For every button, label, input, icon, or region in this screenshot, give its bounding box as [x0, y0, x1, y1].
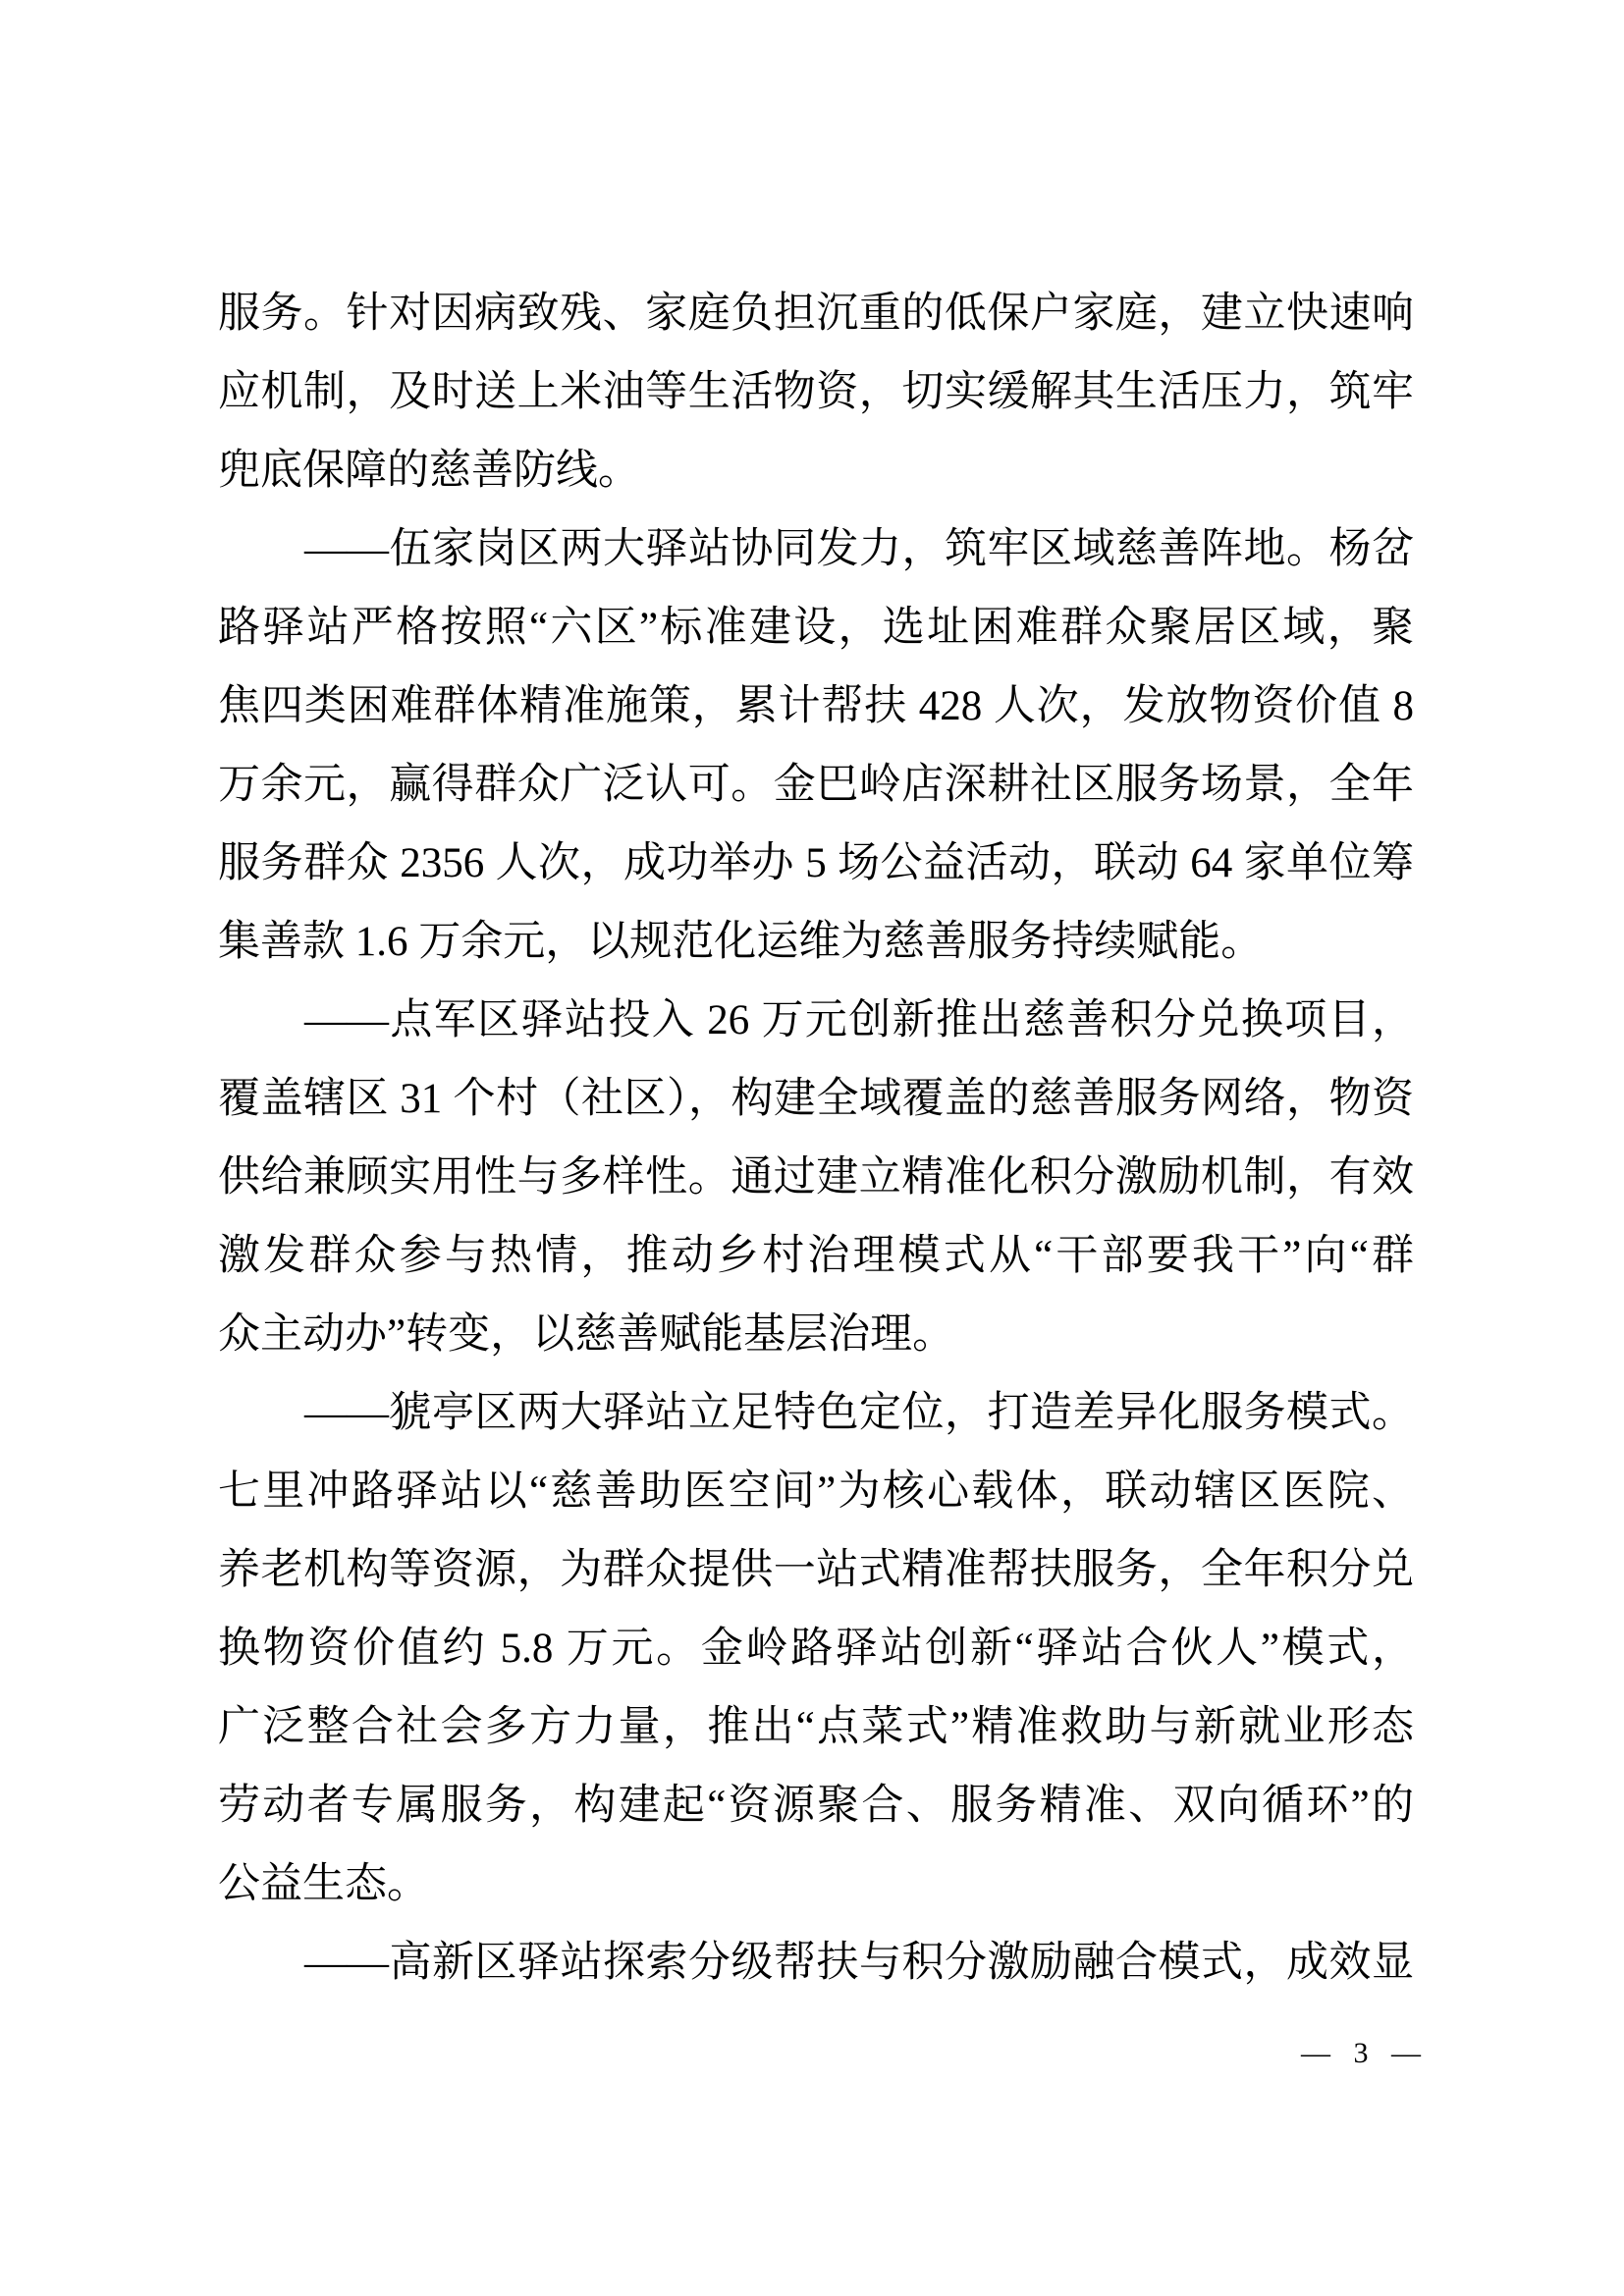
text-line: 七里冲路驿站以“慈善助医空间”为核心载体，联动辖区医院、 [218, 1453, 1414, 1531]
text-line: 众主动办”转变，以慈善赋能基层治理。 [218, 1296, 1414, 1374]
text-line: 供给兼顾实用性与多样性。通过建立精准化积分激励机制，有效 [218, 1139, 1414, 1217]
text-line: 覆盖辖区 31 个村（社区），构建全域覆盖的慈善服务网络，物资 [218, 1060, 1414, 1139]
text-line: 换物资价值约 5.8 万元。金岭路驿站创新“驿站合伙人”模式， [218, 1610, 1414, 1688]
text-line: ——高新区驿站探索分级帮扶与积分激励融合模式，成效显 [218, 1924, 1414, 2002]
text-line: ——伍家岗区两大驿站协同发力，筑牢区域慈善阵地。杨岔 [218, 510, 1414, 589]
text-line: ——点军区驿站投入 26 万元创新推出慈善积分兑换项目， [218, 982, 1414, 1060]
text-line: 服务群众 2356 人次，成功举办 5 场公益活动，联动 64 家单位筹 [218, 825, 1414, 903]
text-line: 万余元，赢得群众广泛认可。金巴岭店深耕社区服务场景，全年 [218, 746, 1414, 825]
page-number: — 3 — [1301, 2034, 1429, 2073]
text-line: 集善款 1.6 万余元，以规范化运维为慈善服务持续赋能。 [218, 903, 1414, 982]
text-line: ——猇亭区两大驿站立足特色定位，打造差异化服务模式。 [218, 1374, 1414, 1453]
text-line: 兜底保障的慈善防线。 [218, 432, 1414, 510]
text-line: 应机制，及时送上米油等生活物资，切实缓解其生活压力，筑牢 [218, 353, 1414, 432]
text-line: 焦四类困难群体精准施策，累计帮扶 428 人次，发放物资价值 8 [218, 667, 1414, 746]
text-line: 激发群众参与热情，推动乡村治理模式从“干部要我干”向“群 [218, 1217, 1414, 1296]
text-line: 劳动者专属服务，构建起“资源聚合、服务精准、双向循环”的 [218, 1767, 1414, 1845]
text-line: 路驿站严格按照“六区”标准建设，选址困难群众聚居区域，聚 [218, 589, 1414, 667]
text-line: 广泛整合社会多方力量，推出“点菜式”精准救助与新就业形态 [218, 1688, 1414, 1767]
document-page: 服务。针对因病致残、家庭负担沉重的低保户家庭，建立快速响应机制，及时送上米油等生… [0, 0, 1624, 2296]
text-line: 服务。针对因病致残、家庭负担沉重的低保户家庭，建立快速响 [218, 275, 1414, 353]
text-line: 养老机构等资源，为群众提供一站式精准帮扶服务，全年积分兑 [218, 1531, 1414, 1610]
text-line: 公益生态。 [218, 1845, 1414, 1924]
document-body: 服务。针对因病致残、家庭负担沉重的低保户家庭，建立快速响应机制，及时送上米油等生… [218, 275, 1414, 2002]
